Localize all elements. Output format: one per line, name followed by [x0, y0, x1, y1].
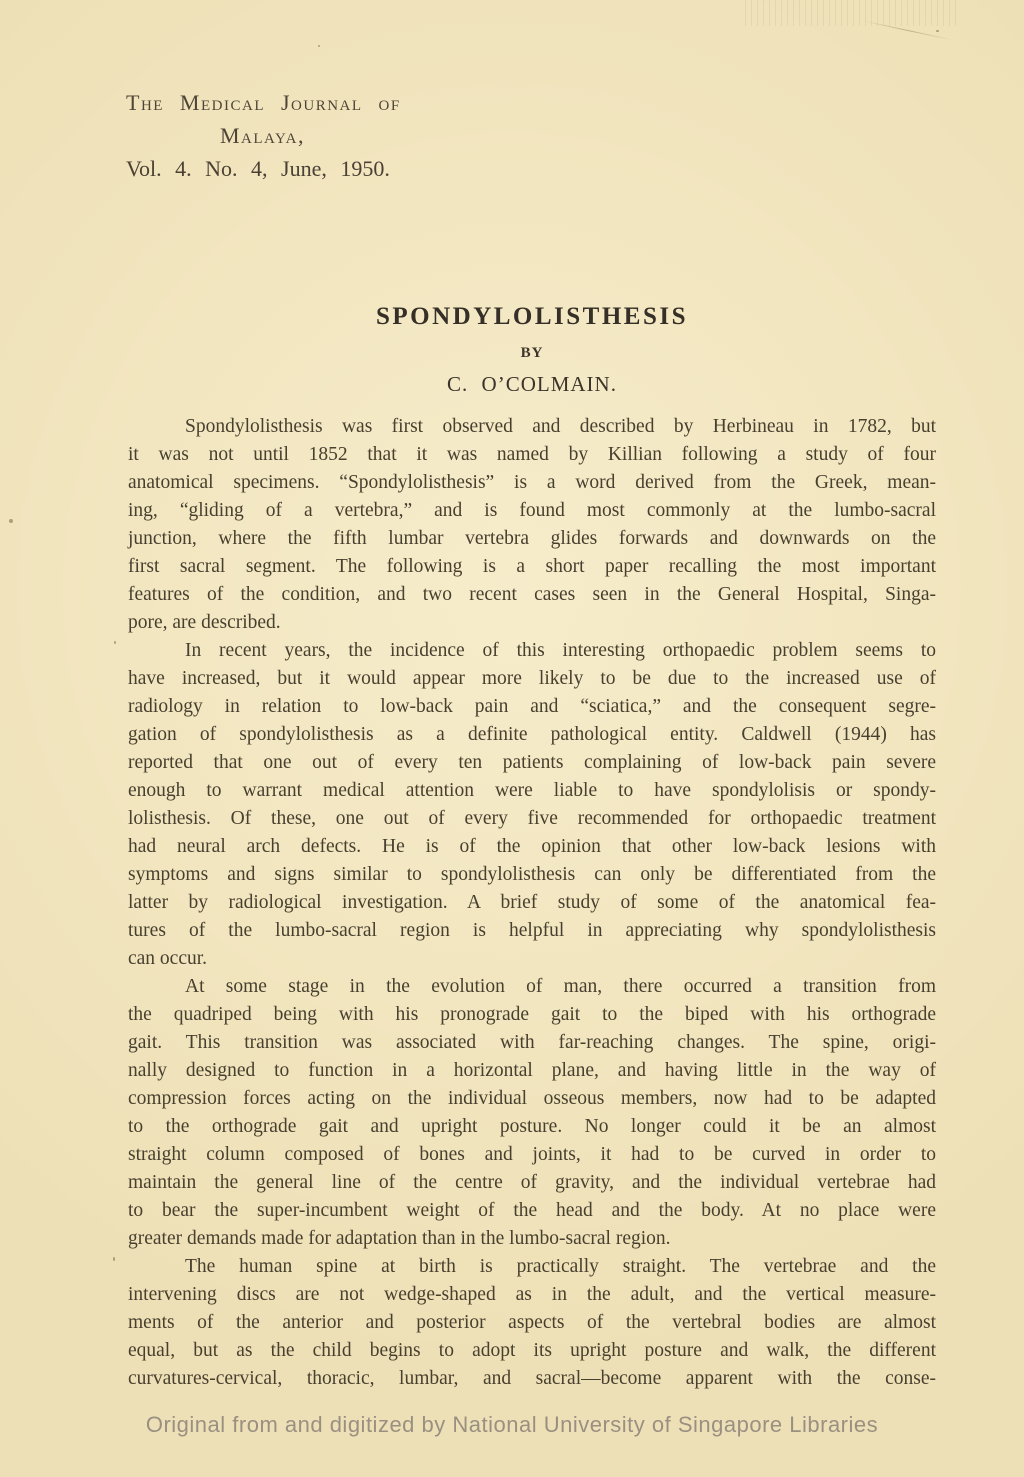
article-heading: SPONDYLOLISTHESIS BY C. O’COLMAIN.: [128, 303, 936, 397]
text-line: nally designed to function in a horizont…: [128, 1057, 936, 1085]
paragraph-2: In recent years, the incidence of this i…: [128, 637, 936, 973]
text-line: can occur.: [128, 945, 936, 973]
text-line: greater demands made for adaptation than…: [128, 1225, 936, 1253]
text-line: gait. This transition was associated wit…: [128, 1029, 936, 1057]
text-line: the quadriped being with his pronograde …: [128, 1001, 936, 1029]
article-body: Spondylolisthesis was first observed and…: [128, 413, 936, 1393]
text-line: compression forces acting on the individ…: [128, 1085, 936, 1113]
text-line: lolisthesis. Of these, one out of every …: [128, 805, 936, 833]
text-line: The human spine at birth is practically …: [128, 1253, 936, 1281]
text-line: curvatures-cervical, thoracic, lumbar, a…: [128, 1365, 936, 1393]
journal-title-line2: Malaya,: [220, 123, 401, 149]
byline-label: BY: [128, 345, 936, 362]
text-line: tures of the lumbo-sacral region is help…: [128, 917, 936, 945]
paper-speck: [318, 45, 320, 47]
text-line: junction, where the fifth lumbar vertebr…: [128, 525, 936, 553]
text-line: latter by radiological investigation. A …: [128, 889, 936, 917]
text-line: pore, are described.: [128, 609, 936, 637]
paper-speck: [936, 30, 939, 32]
digitization-credit: Original from and digitized by National …: [0, 1412, 1024, 1438]
text-line: to bear the super-incumbent weight of th…: [128, 1197, 936, 1225]
text-line: intervening discs are not wedge-shaped a…: [128, 1281, 936, 1309]
article-title: SPONDYLOLISTHESIS: [128, 303, 936, 331]
paper-speck: [9, 519, 13, 523]
text-line: In recent years, the incidence of this i…: [128, 637, 936, 665]
paper-speck: [113, 1257, 115, 1261]
text-line: gation of spondylolisthesis as a definit…: [128, 721, 936, 749]
text-line: have increased, but it would appear more…: [128, 665, 936, 693]
scanned-journal-page: The Medical Journal of Malaya, Vol. 4. N…: [0, 0, 1024, 1477]
text-line: reported that one out of every ten patie…: [128, 749, 936, 777]
paragraph-4: The human spine at birth is practically …: [128, 1253, 936, 1393]
text-line: Spondylolisthesis was first observed and…: [128, 413, 936, 441]
text-line: it was not until 1852 that it was named …: [128, 441, 936, 469]
text-line: enough to warrant medical attention were…: [128, 777, 936, 805]
text-line: ing, “gliding of a vertebra,” and is fou…: [128, 497, 936, 525]
journal-masthead: The Medical Journal of Malaya, Vol. 4. N…: [126, 90, 401, 182]
text-line: features of the condition, and two recen…: [128, 581, 936, 609]
scanner-striation-artifact: [745, 0, 957, 26]
author-name: C. O’COLMAIN.: [128, 372, 936, 397]
text-line: to the orthograde gait and upright postu…: [128, 1113, 936, 1141]
text-line: maintain the general line of the centre …: [128, 1169, 936, 1197]
text-line: At some stage in the evolution of man, t…: [128, 973, 936, 1001]
paper-speck: [114, 641, 116, 644]
text-line: first sacral segment. The following is a…: [128, 553, 936, 581]
text-line: radiology in relation to low-back pain a…: [128, 693, 936, 721]
paragraph-3: At some stage in the evolution of man, t…: [128, 973, 936, 1253]
text-line: ments of the anterior and posterior aspe…: [128, 1309, 936, 1337]
text-line: straight column composed of bones and jo…: [128, 1141, 936, 1169]
text-line: anatomical specimens. “Spondylolisthesis…: [128, 469, 936, 497]
text-line: equal, but as the child begins to adopt …: [128, 1337, 936, 1365]
paragraph-1: Spondylolisthesis was first observed and…: [128, 413, 936, 637]
text-line: had neural arch defects. He is of the op…: [128, 833, 936, 861]
journal-title-line1: The Medical Journal of: [126, 90, 401, 116]
text-line: symptoms and signs similar to spondyloli…: [128, 861, 936, 889]
volume-issue-date: Vol. 4. No. 4, June, 1950.: [126, 156, 401, 182]
